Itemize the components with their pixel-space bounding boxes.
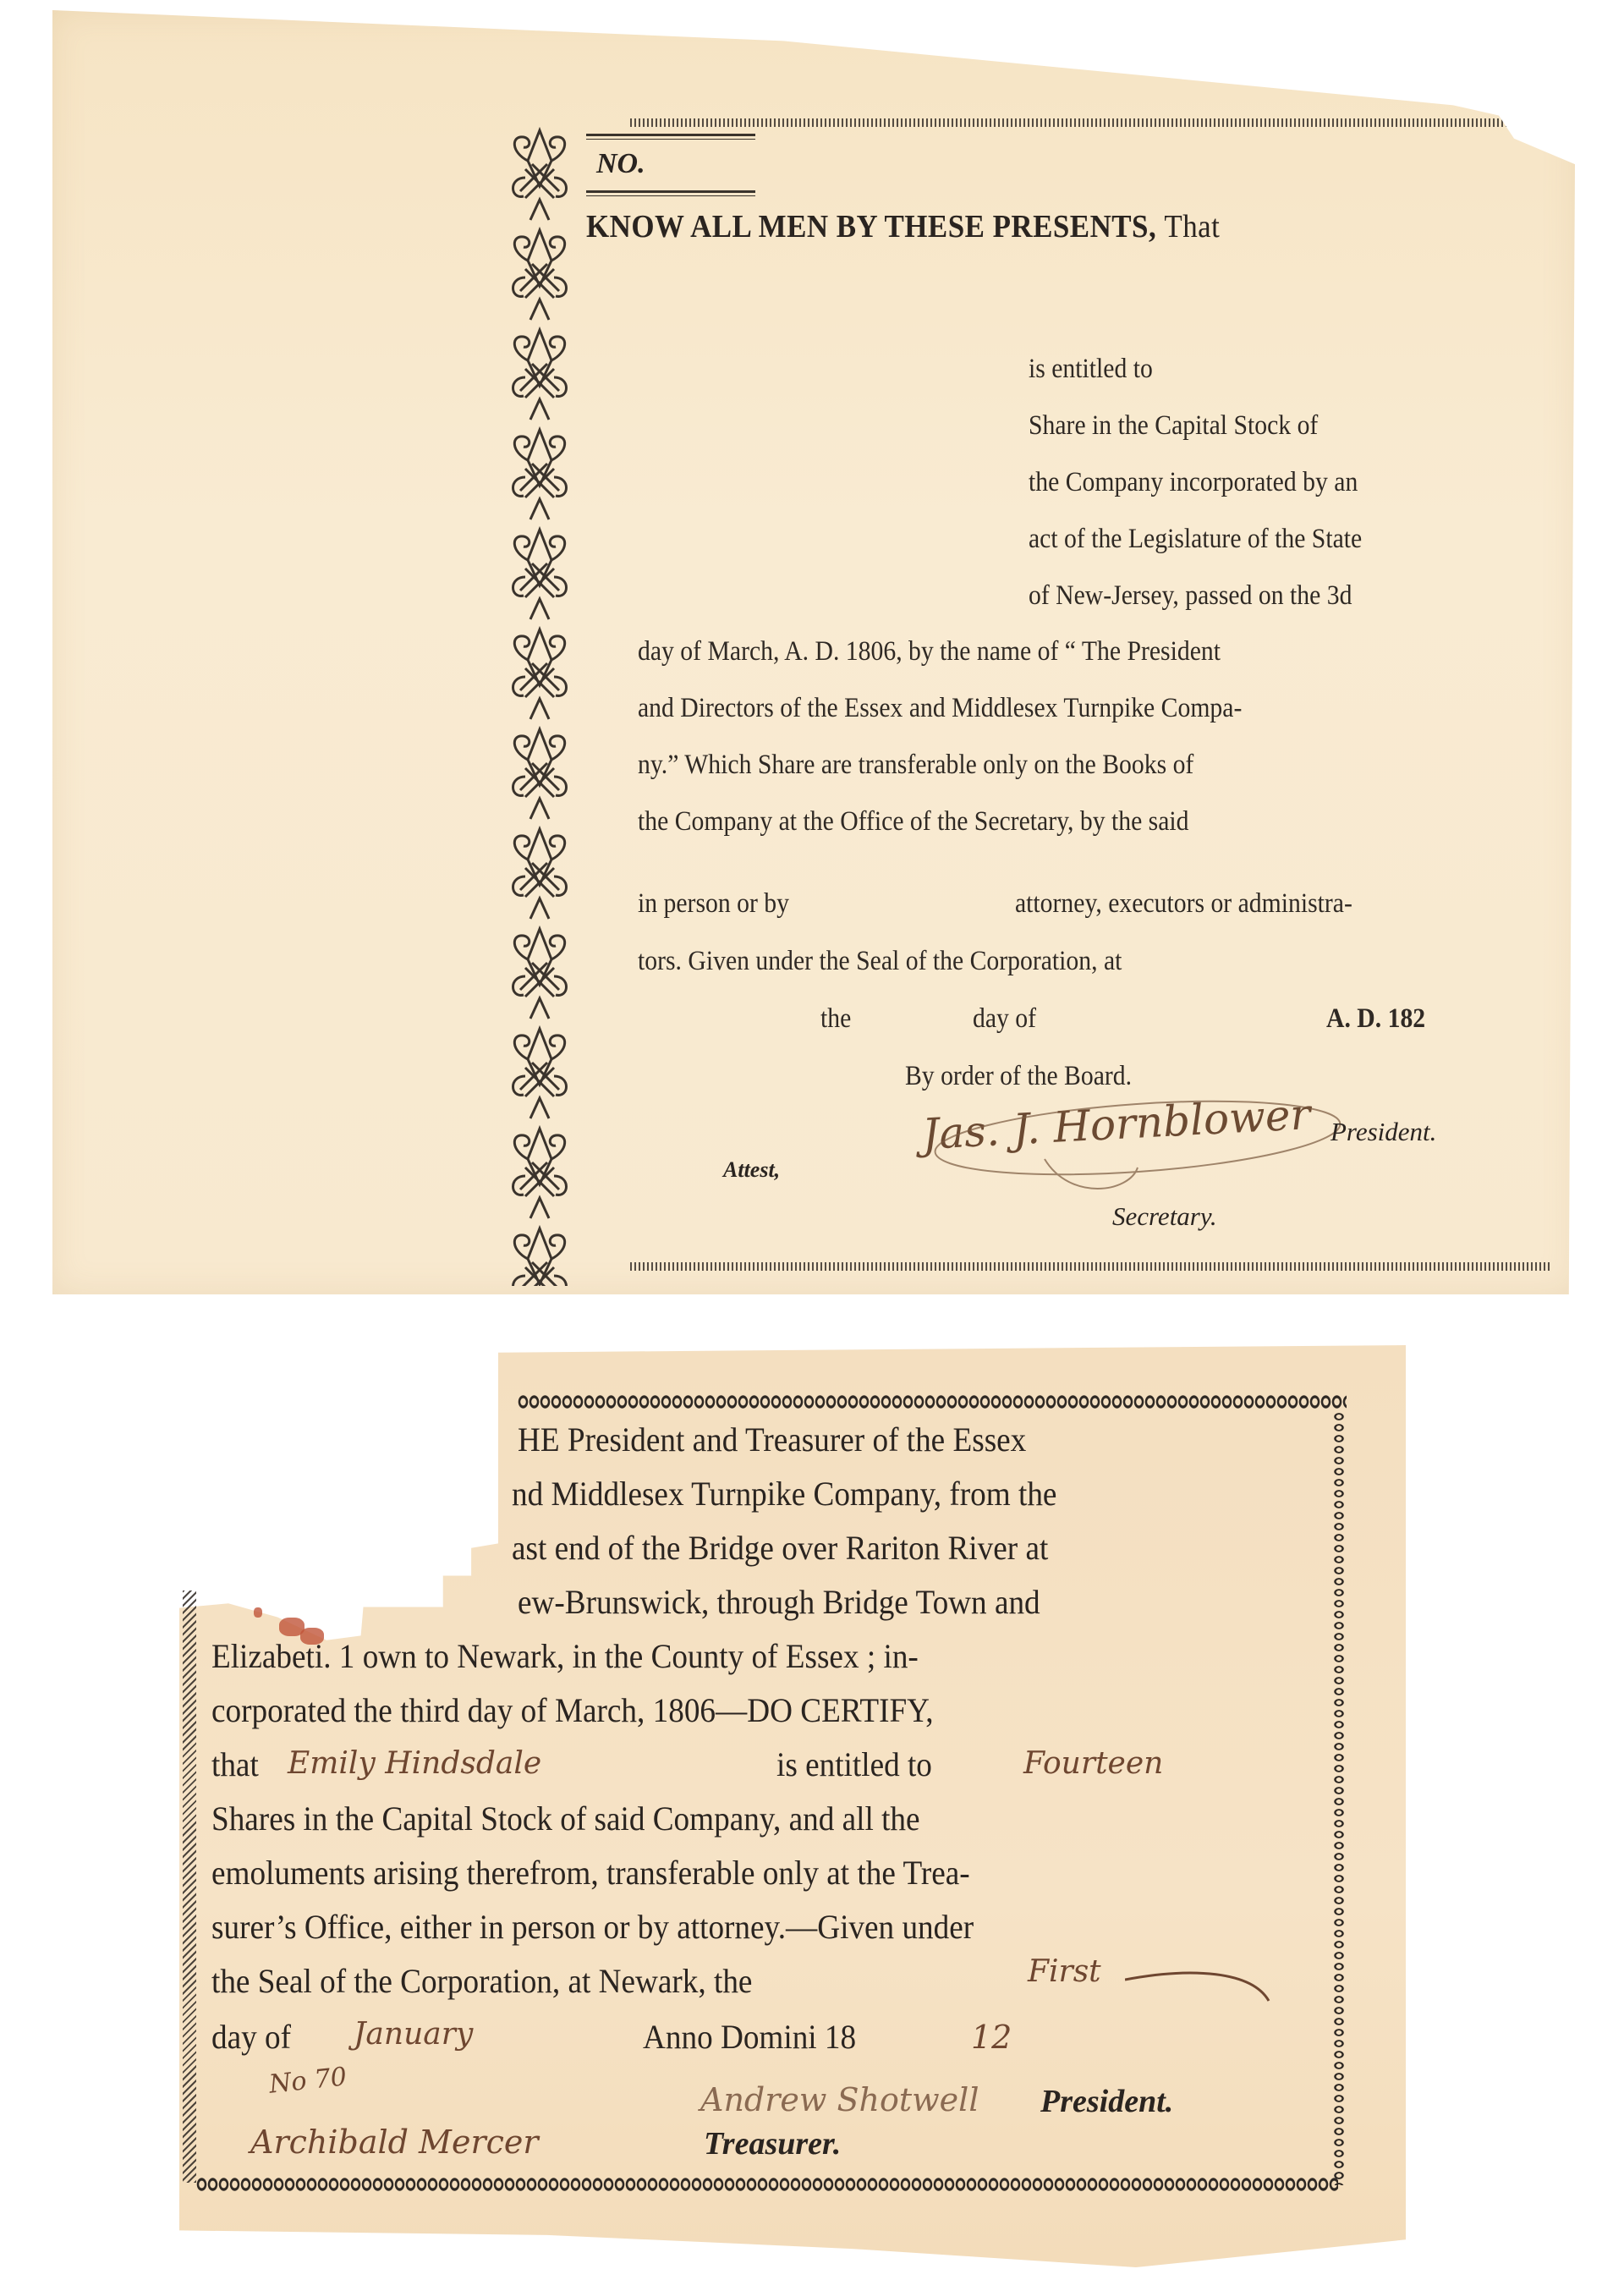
scroll-ornament-icon <box>507 1225 573 1286</box>
certificate-number-block: NO. <box>586 134 755 196</box>
double-rule <box>586 190 755 196</box>
president-label: President. <box>1040 2083 1173 2120</box>
body-line: ny.” Which Share are transferable only o… <box>638 750 1193 781</box>
by-order-of-board: By order of the Board. <box>905 1061 1132 1092</box>
body-line: corporated the third day of March, 1806—… <box>211 1690 934 1730</box>
body-line: in person or by <box>638 888 789 920</box>
body-line: of New-Jersey, passed on the 3d <box>1029 580 1352 612</box>
bottom-dotted-border <box>196 2178 1338 2191</box>
number-label: NO. <box>596 148 755 180</box>
year-written: 12 <box>971 2019 1012 2056</box>
body-line: the Company at the Office of the Secreta… <box>638 806 1189 838</box>
attest-label: Attest, <box>723 1157 780 1183</box>
president-signature: Andrew Shotwell <box>700 2081 979 2118</box>
body-line: ast end of the Bridge over Rariton River… <box>512 1528 1048 1568</box>
share-count: Fourteen <box>1023 1746 1163 1781</box>
scroll-ornament-icon <box>507 726 573 826</box>
right-dotted-border <box>1332 1411 1346 2185</box>
date-year: A. D. 182 <box>1326 1003 1425 1035</box>
scroll-ornament-icon <box>507 626 573 726</box>
entitled-to: is entitled to <box>776 1744 932 1784</box>
day-written: First <box>1028 1954 1101 1989</box>
body-line: Shares in the Capital Stock of said Comp… <box>211 1799 920 1838</box>
body-line: surer’s Office, either in person or by a… <box>211 1907 974 1947</box>
scroll-ornament-icon <box>507 1125 573 1225</box>
treasurer-label: Treasurer. <box>704 2125 841 2162</box>
body-line: Share in the Capital Stock of <box>1029 410 1318 442</box>
anno-domini: Anno Domini 18 <box>643 2017 856 2057</box>
bottom-wavy-rule <box>630 1262 1552 1271</box>
scroll-ornament-icon <box>507 526 573 626</box>
heading-that: That <box>1164 209 1220 244</box>
certify-that: that <box>211 1744 259 1784</box>
scroll-ornament-icon <box>507 826 573 926</box>
body-line: tors. Given under the Seal of the Corpor… <box>638 946 1122 977</box>
scroll-ornament-icon <box>507 926 573 1025</box>
body-line: day of March, A. D. 1806, by the name of… <box>638 636 1221 668</box>
certificate-heading: KNOW ALL MEN BY THESE PRESENTS, That <box>586 208 1220 245</box>
body-line: HE President and Treasurer of the Essex <box>518 1420 1026 1459</box>
ornamental-border-left <box>506 127 573 1286</box>
scroll-ornament-icon <box>507 327 573 426</box>
top-wavy-rule <box>630 118 1552 127</box>
body-line: act of the Legislature of the State <box>1029 524 1362 555</box>
body-line: nd Middlesex Turnpike Company, from the <box>512 1474 1056 1514</box>
body-line: is entitled to <box>1029 354 1153 385</box>
scroll-ornament-icon <box>507 1025 573 1125</box>
scroll-ornament-icon <box>507 127 573 227</box>
seal-line: the Seal of the Corporation, at Newark, … <box>211 1961 752 2001</box>
left-ornamental-border <box>183 1591 196 2183</box>
top-dotted-border <box>518 1395 1347 1409</box>
stain-mark <box>254 1607 262 1618</box>
month-written: January <box>354 2017 473 2052</box>
date-the: the <box>820 1003 851 1035</box>
scroll-ornament-icon <box>507 227 573 327</box>
holder-name: Emily Hindsdale <box>288 1746 541 1781</box>
president-label: President. <box>1330 1117 1436 1147</box>
body-line: and Directors of the Essex and Middlesex… <box>638 693 1242 724</box>
day-of: day of <box>211 2017 291 2057</box>
body-line: ew-Brunswick, through Bridge Town and <box>518 1582 1040 1622</box>
date-day-of: day of <box>973 1003 1036 1035</box>
body-line: the Company incorporated by an <box>1029 467 1358 498</box>
scroll-ornament-icon <box>507 426 573 526</box>
treasurer-signature: Archibald Mercer <box>250 2123 539 2161</box>
double-rule <box>586 134 755 140</box>
secretary-label: Secretary. <box>1112 1201 1217 1232</box>
body-line: emoluments arising therefrom, transferab… <box>211 1853 970 1893</box>
signature-flourish-icon <box>918 1091 1358 1201</box>
body-line: attorney, executors or administra- <box>1015 888 1352 920</box>
heading-text: KNOW ALL MEN BY THESE PRESENTS, <box>586 209 1156 244</box>
pen-flourish-icon <box>1125 1963 1277 2014</box>
body-line: Elizabeti. 1 own to Newark, in the Count… <box>211 1636 919 1676</box>
